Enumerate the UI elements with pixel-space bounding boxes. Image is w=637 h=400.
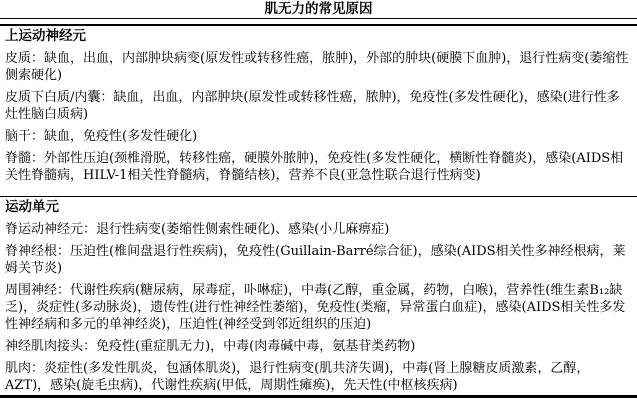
entry-spinal-cord: 脊髓：外部性压迫(颈椎滑脱，转移性癌，硬膜外脓肿)，免疫性(多发性硬化，横断性脊…: [5, 150, 632, 184]
entry-peripheral-nerve: 周围神经：代谢性疾病(糖尿病，尿毒症，卟啉症)，中毒(乙醇，重金属，药物，白喉)…: [5, 282, 632, 333]
title-rule-thin: [0, 18, 637, 19]
entry-spinal-nerve-root: 脊神经根：压迫性(椎间盘退行性疾病)，免疫性(Guillain-Barré综合征…: [5, 243, 632, 277]
section-heading-upper-motor-neuron: 上运动神经元: [5, 28, 632, 45]
entry-muscle: 肌肉：炎症性(多发性肌炎，包涵体肌炎)，退行性病变(肌共济失调)，中毒(肾上腺糖…: [5, 360, 632, 394]
section-upper-motor-neuron: 上运动神经元 皮质：缺血，出血，内部肿块病变(原发性或转移性癌，脓肿)，外部的肿…: [0, 26, 637, 184]
section-heading-motor-unit: 运动单元: [5, 199, 632, 216]
section-motor-unit: 运动单元 脊运动神经元：退行性病变(萎缩性侧索性硬化)、感染(小儿麻痹症) 脊神…: [0, 197, 637, 394]
entry-neuromuscular-junction: 神经肌肉接头：免疫性(重症肌无力)，中毒(肉毒碱中毒，氨基苷类药物): [5, 338, 632, 355]
document-title: 肌无力的常见原因: [0, 0, 637, 17]
entry-brainstem: 脑干：缺血，免疫性(多发性硬化): [5, 128, 632, 145]
entry-spinal-motor-neuron: 脊运动神经元：退行性病变(萎缩性侧索性硬化)、感染(小儿麻痹症): [5, 221, 632, 238]
bottom-rule: [0, 395, 637, 398]
entry-cortex: 皮质：缺血，出血，内部肿块病变(原发性或转移性癌，脓肿)，外部的肿块(硬膜下血肿…: [5, 50, 632, 84]
entry-subcortical-white-matter: 皮质下白质/内囊：缺血，出血，内部肿块(原发性或转移性癌，脓肿)，免疫性(多发性…: [5, 89, 632, 123]
document: 肌无力的常见原因 上运动神经元 皮质：缺血，出血，内部肿块病变(原发性或转移性癌…: [0, 0, 637, 400]
